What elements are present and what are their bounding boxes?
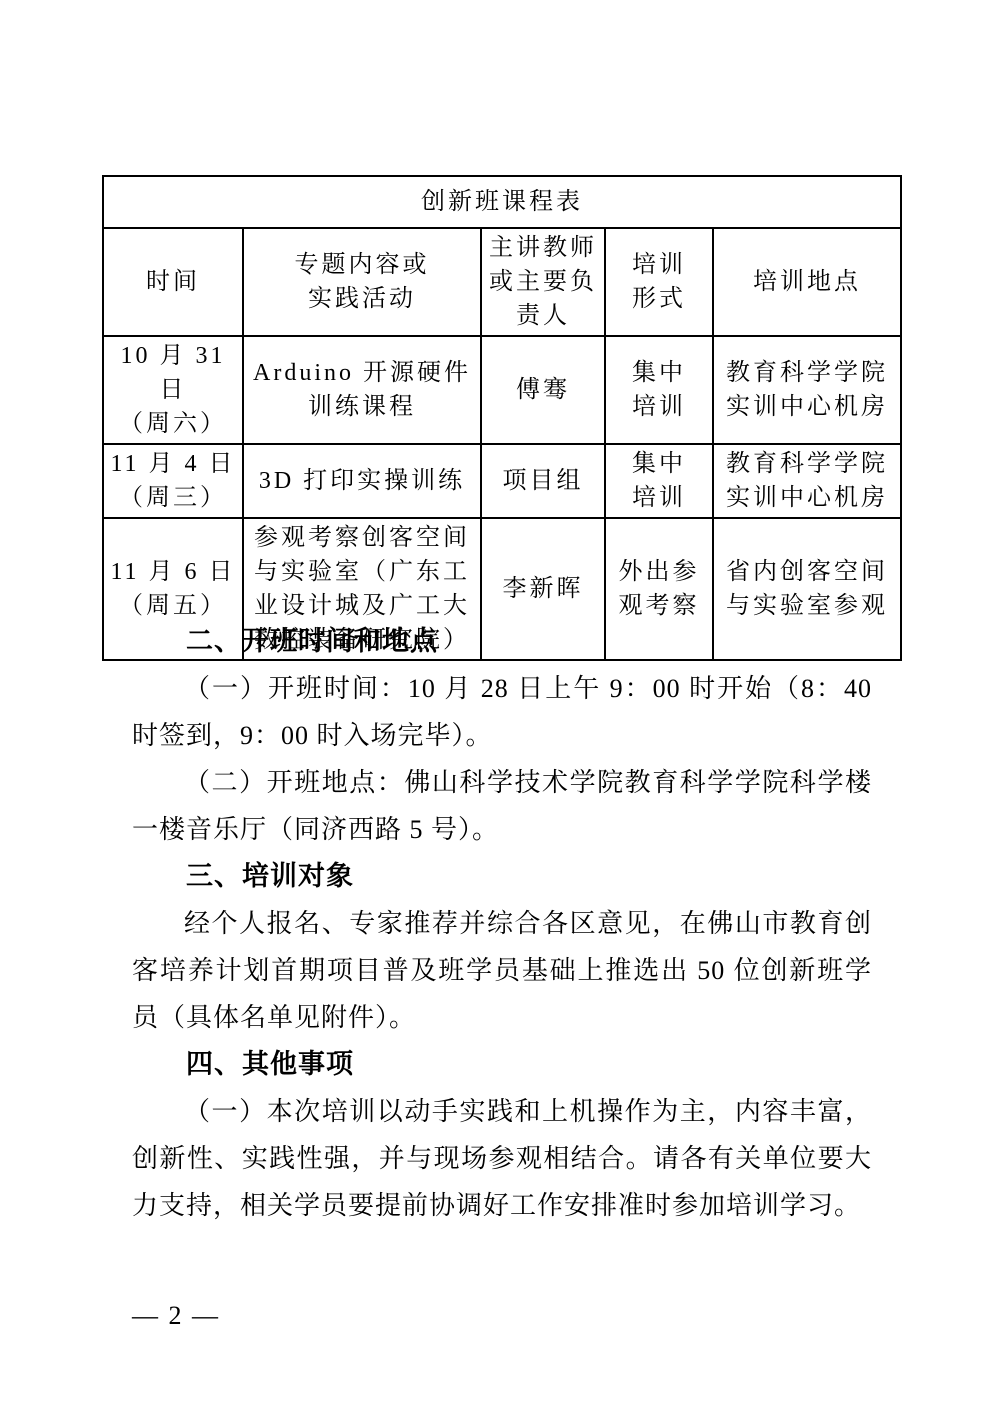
paragraph-start-location: （二）开班地点：佛山科学技术学院教育科学学院科学楼一楼音乐厅（同济西路 5 号）… — [132, 759, 872, 853]
col-header-location: 培训地点 — [713, 228, 901, 336]
table-title: 创新班课程表 — [103, 176, 901, 228]
cell-format: 集中 培训 — [605, 336, 713, 444]
cell-topic: Arduino 开源硬件 训练课程 — [243, 336, 481, 444]
cell-location: 教育科学学院 实训中心机房 — [713, 336, 901, 444]
paragraph-trainees: 经个人报名、专家推荐并综合各区意见，在佛山市教育创客培养计划首期项目普及班学员基… — [132, 900, 872, 1041]
table-title-row: 创新班课程表 — [103, 176, 901, 228]
col-header-time: 时间 — [103, 228, 243, 336]
cell-format: 集中 培训 — [605, 444, 713, 518]
cell-time: 11 月 4 日 （周三） — [103, 444, 243, 518]
col-header-topic: 专题内容或 实践活动 — [243, 228, 481, 336]
section-heading-2: 二、开班时间和地点 — [132, 618, 872, 665]
table-header-row: 时间 专题内容或 实践活动 主讲教师 或主要负 责人 培训 形式 培训地点 — [103, 228, 901, 336]
table-row: 11 月 4 日 （周三） 3D 打印实操训练 项目组 集中 培训 教育科学学院… — [103, 444, 901, 518]
document-page: 创新班课程表 时间 专题内容或 实践活动 主讲教师 或主要负 责人 培训 形式 … — [0, 0, 992, 1403]
section-heading-3: 三、培训对象 — [132, 853, 872, 900]
cell-location: 教育科学学院 实训中心机房 — [713, 444, 901, 518]
page-number: — 2 — — [132, 1301, 220, 1331]
course-schedule-table: 创新班课程表 时间 专题内容或 实践活动 主讲教师 或主要负 责人 培训 形式 … — [102, 175, 902, 661]
paragraph-other-notes: （一）本次培训以动手实践和上机操作为主，内容丰富，创新性、实践性强，并与现场参观… — [132, 1088, 872, 1229]
col-header-teacher: 主讲教师 或主要负 责人 — [481, 228, 605, 336]
section-heading-4: 四、其他事项 — [132, 1041, 872, 1088]
col-header-format: 培训 形式 — [605, 228, 713, 336]
cell-teacher: 项目组 — [481, 444, 605, 518]
paragraph-start-time: （一）开班时间：10 月 28 日上午 9：00 时开始（8：40 时签到，9：… — [132, 665, 872, 759]
cell-teacher: 傅骞 — [481, 336, 605, 444]
cell-time: 10 月 31 日 （周六） — [103, 336, 243, 444]
document-body: 二、开班时间和地点 （一）开班时间：10 月 28 日上午 9：00 时开始（8… — [132, 618, 872, 1229]
cell-topic: 3D 打印实操训练 — [243, 444, 481, 518]
table-row: 10 月 31 日 （周六） Arduino 开源硬件 训练课程 傅骞 集中 培… — [103, 336, 901, 444]
